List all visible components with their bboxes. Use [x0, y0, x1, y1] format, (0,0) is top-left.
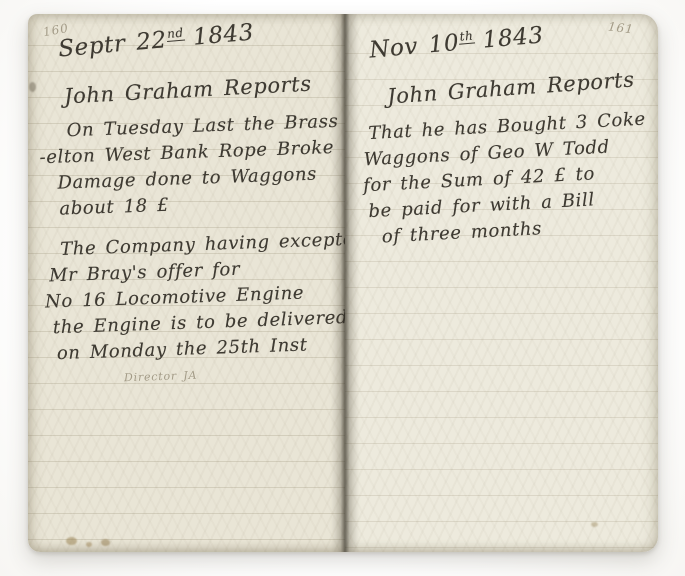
report-paragraph-2: The Company having excepted Mr Bray's of…: [38, 226, 345, 367]
stain-spot: [86, 542, 92, 547]
report-paragraph-1: On Tuesday Last the Brass -elton West Ba…: [38, 109, 341, 223]
entry-date-left: Septr 22nd1843: [57, 19, 255, 62]
date-prefix: Septr 22: [57, 27, 168, 62]
stain-spot: [591, 522, 598, 527]
stain-spot: [101, 539, 110, 546]
left-page: 160 Septr 22nd1843 John Graham Reports O…: [28, 14, 345, 552]
notebook: 160 Septr 22nd1843 John Graham Reports O…: [28, 14, 658, 552]
date-year: 1843: [192, 19, 255, 50]
binding-gutter: [331, 14, 359, 552]
entry-heading-left: John Graham Reports: [64, 72, 313, 109]
right-page: 161 Nov 10th1843 John Graham Reports Tha…: [345, 14, 658, 552]
report-paragraph: That he has Bought 3 Coke Waggons of Geo…: [358, 107, 652, 252]
date-ordinal: th: [458, 28, 475, 44]
stain-spot: [29, 82, 36, 92]
stain-spot: [66, 537, 77, 545]
pencil-annotation: Director JA: [124, 369, 198, 385]
date-ordinal: nd: [166, 26, 186, 43]
entry-date-right: Nov 10th1843: [368, 22, 544, 63]
photo-background: 160 Septr 22nd1843 John Graham Reports O…: [0, 0, 685, 576]
entry-heading-right: John Graham Reports: [386, 67, 635, 108]
date-year: 1843: [482, 22, 545, 53]
page-number-right: 161: [607, 19, 634, 36]
date-prefix: Nov 10: [368, 30, 460, 64]
